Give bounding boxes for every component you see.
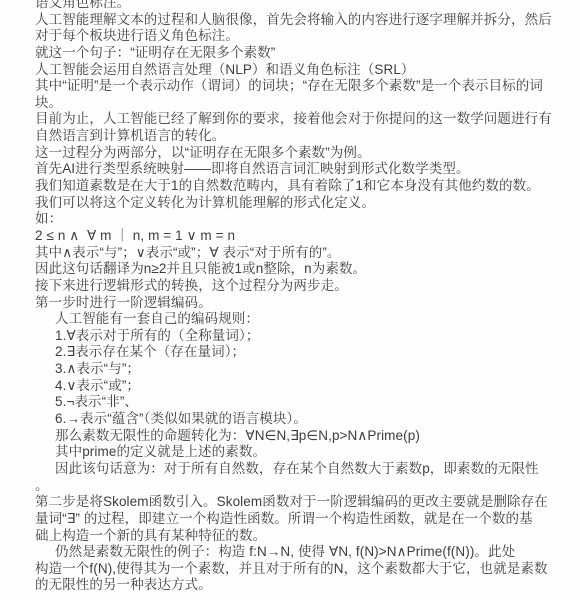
text-line: 5.¬表示“非”、 — [35, 394, 572, 411]
text-line: 如： — [35, 211, 572, 228]
text-line: 的无限性的另一种表达方式。 — [35, 577, 572, 594]
text-line: 2.∃表示存在某个（存在量词）； — [35, 344, 572, 361]
text-line: 我们知道素数是在大于1的自然数范畴内，具有着除了1和它本身没有其他约数的数。 — [35, 178, 572, 195]
text-line: 人工智能理解文本的过程和人脑很像，首先会将输入的内容进行逐字理解并拆分，然后 — [35, 12, 572, 29]
text-line: 4.∨表示“或”； — [35, 378, 572, 395]
text-line: 构造一个f(N),使得其为一个素数，并且对于所有的N，这个素数都大于它，也就是素… — [35, 561, 572, 578]
text-line: 其中∧表示“与”；∨表示“或”；∀ 表示“对于所有的”。 — [35, 245, 572, 262]
text-line: 。 — [35, 478, 572, 495]
text-line: 语义角色标注。 — [35, 0, 572, 12]
document-body: 语义角色标注。人工智能理解文本的过程和人脑很像，首先会将输入的内容进行逐字理解并… — [35, 0, 572, 594]
text-line: 接下来进行逻辑形式的转换，这个过程分为两步走。 — [35, 278, 572, 295]
text-line: 这一过程分为两部分，以“证明存在无限多个素数”为例。 — [35, 145, 572, 162]
text-line: 第一步时进行一阶逻辑编码。 — [35, 295, 572, 312]
text-line: 量词“∃” 的过程，即建立一个构造性函数。所谓一个构造性函数，就是在一个数的基 — [35, 511, 572, 528]
text-line: 首先AI进行类型系统映射——即将自然语言词汇映射到形式化数学类型。 — [35, 161, 572, 178]
text-line: 础上构造一个新的具有某种特征的数。 — [35, 528, 572, 545]
text-line: 就这一个句子：“证明存在无限多个素数” — [35, 45, 572, 62]
text-line: 其中prime的定义就是上述的素数。 — [35, 444, 572, 461]
text-line: 块。 — [35, 95, 572, 112]
text-line: 那么素数无限性的命题转化为：∀N∈N,∃p∈N,p>N∧Prime(p) — [35, 428, 572, 445]
text-line: 对于每个板块进行语义角色标注。 — [35, 28, 572, 45]
text-line: 第二步是将Skolem函数引入。Skolem函数对于一阶逻辑编码的更改主要就是删… — [35, 494, 572, 511]
text-line: 2 ≤ n ∧ ∀ m ｜ n, m = 1 ∨ m = n — [35, 228, 572, 245]
text-line: 人工智能有一套自己的编码规则： — [35, 311, 572, 328]
text-line: 3.∧表示“与”； — [35, 361, 572, 378]
text-line: 自然语言到计算机语言的转化。 — [35, 128, 572, 145]
text-line: 因此该句话意为：对于所有自然数，存在某个自然数大于素数p，即素数的无限性 — [35, 461, 572, 478]
text-line: 目前为止，人工智能已经了解到你的要求，接着他会对于你提问的这一数学问题进行有 — [35, 111, 572, 128]
text-line: 1.∀表示对于所有的（全称量词）； — [35, 328, 572, 345]
text-line: 因此这句话翻译为n≥2并且只能被1或n整除，n为素数。 — [35, 261, 572, 278]
text-line: 仍然是素数无限性的例子：构造 f:N→N, 使得 ∀N, f(N)>N∧Prim… — [35, 544, 572, 561]
text-line: 人工智能会运用自然语言处理（NLP）和语义角色标注（SRL） — [35, 62, 572, 79]
text-line: 6.→表示“蕴含”（类似如果就的语言模块）。 — [35, 411, 572, 428]
text-line: 我们可以将这个定义转化为计算机能理解的形式化定义。 — [35, 195, 572, 212]
text-line: 其中“证明”是一个表示动作（谓词）的词块；“存在无限多个素数”是一个表示目标的词 — [35, 78, 572, 95]
document-page: 语义角色标注。人工智能理解文本的过程和人脑很像，首先会将输入的内容进行逐字理解并… — [0, 0, 580, 600]
